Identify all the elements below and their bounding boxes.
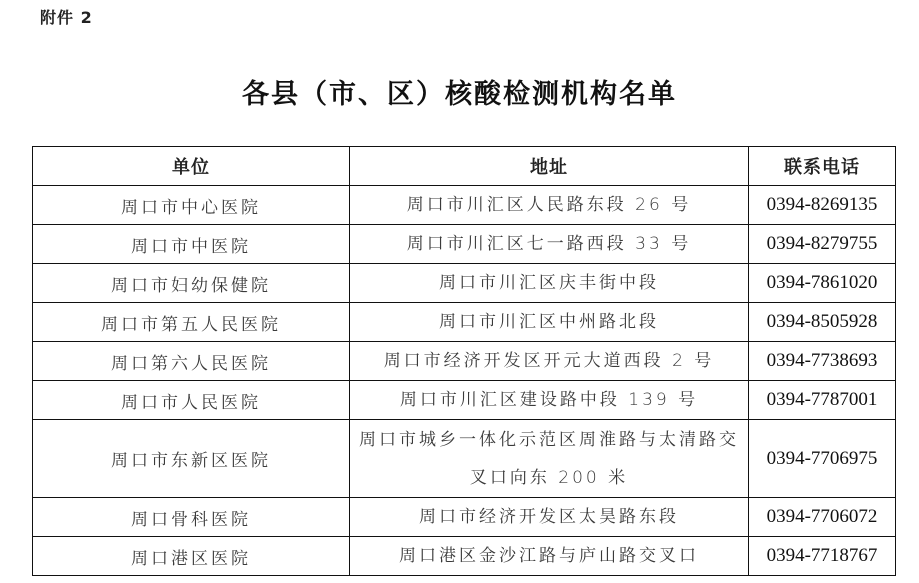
institution-name: 周口市中心医院 <box>33 186 350 225</box>
table-row: 周口市中医院 周口市川汇区七一路西段 33 号 0394-8279755 <box>33 225 896 264</box>
institution-name: 周口市中医院 <box>33 225 350 264</box>
institution-phone: 0394-8279755 <box>749 225 896 264</box>
institution-phone: 0394-7738693 <box>749 342 896 381</box>
institution-name: 周口第六人民医院 <box>33 342 350 381</box>
table-row: 周口骨科医院 周口市经济开发区太昊路东段 0394-7706072 <box>33 498 896 537</box>
institution-address: 周口市川汇区建设路中段 139 号 <box>350 381 749 420</box>
institution-name: 周口市妇幼保健院 <box>33 264 350 303</box>
table-row: 周口市东新区医院 周口市城乡一体化示范区周淮路与太清路交叉口向东 200 米 0… <box>33 420 896 498</box>
institution-phone: 0394-7861020 <box>749 264 896 303</box>
institution-phone: 0394-8505928 <box>749 303 896 342</box>
table-row: 周口市中心医院 周口市川汇区人民路东段 26 号 0394-8269135 <box>33 186 896 225</box>
header-name: 单位 <box>33 147 350 186</box>
institution-phone: 0394-7787001 <box>749 381 896 420</box>
document-title: 各县（市、区）核酸检测机构名单 <box>0 72 919 111</box>
institution-phone: 0394-7718767 <box>749 537 896 576</box>
header-address: 地址 <box>350 147 749 186</box>
table-row: 周口第六人民医院 周口市经济开发区开元大道西段 2 号 0394-7738693 <box>33 342 896 381</box>
institution-address: 周口市川汇区中州路北段 <box>350 303 749 342</box>
institution-address: 周口市川汇区七一路西段 33 号 <box>350 225 749 264</box>
institution-address: 周口市经济开发区太昊路东段 <box>350 498 749 537</box>
table-row: 周口港区医院 周口港区金沙江路与庐山路交叉口 0394-7718767 <box>33 537 896 576</box>
institution-address: 周口市城乡一体化示范区周淮路与太清路交叉口向东 200 米 <box>350 420 749 498</box>
institution-name: 周口市人民医院 <box>33 381 350 420</box>
institution-address: 周口市川汇区人民路东段 26 号 <box>350 186 749 225</box>
table-row: 周口市人民医院 周口市川汇区建设路中段 139 号 0394-7787001 <box>33 381 896 420</box>
institution-phone: 0394-8269135 <box>749 186 896 225</box>
institution-phone: 0394-7706975 <box>749 420 896 498</box>
attachment-label: 附件 2 <box>40 5 93 28</box>
institution-name: 周口港区医院 <box>33 537 350 576</box>
table-row: 周口市第五人民医院 周口市川汇区中州路北段 0394-8505928 <box>33 303 896 342</box>
institution-name: 周口市第五人民医院 <box>33 303 350 342</box>
institution-address: 周口市川汇区庆丰街中段 <box>350 264 749 303</box>
institution-address: 周口市经济开发区开元大道西段 2 号 <box>350 342 749 381</box>
institution-address: 周口港区金沙江路与庐山路交叉口 <box>350 537 749 576</box>
table-row: 周口市妇幼保健院 周口市川汇区庆丰街中段 0394-7861020 <box>33 264 896 303</box>
institution-phone: 0394-7706072 <box>749 498 896 537</box>
testing-institutions-table: 单位 地址 联系电话 周口市中心医院 周口市川汇区人民路东段 26 号 0394… <box>32 146 896 576</box>
header-phone: 联系电话 <box>749 147 896 186</box>
institution-name: 周口骨科医院 <box>33 498 350 537</box>
institution-name: 周口市东新区医院 <box>33 420 350 498</box>
table-header-row: 单位 地址 联系电话 <box>33 147 896 186</box>
